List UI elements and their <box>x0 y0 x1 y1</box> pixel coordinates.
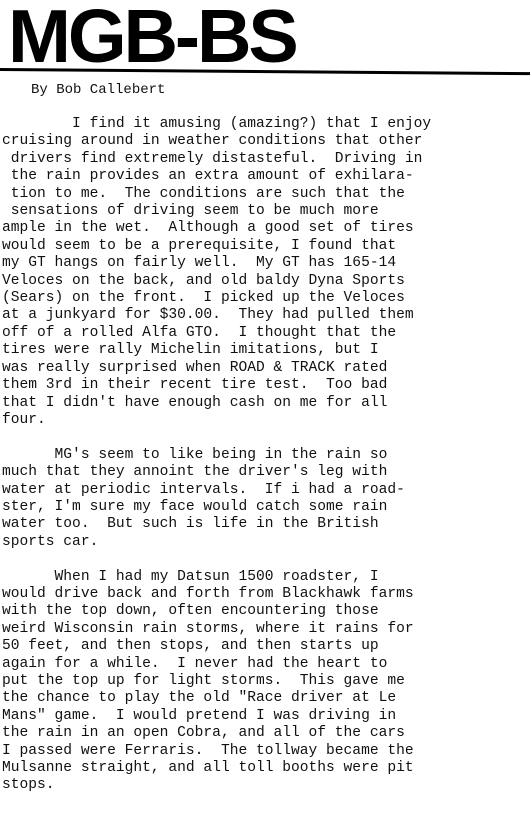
paragraph-3: When I had my Datsun 1500 roadster, Iwou… <box>2 569 530 795</box>
text-line: tion to me. The conditions are such that… <box>2 186 530 203</box>
text-line: the rain provides an extra amount of exh… <box>2 168 530 185</box>
text-line: weird Wisconsin rain storms, where it ra… <box>2 621 530 638</box>
text-line: again for a while. I never had the heart… <box>2 656 530 673</box>
text-line: 50 feet, and then stops, and then starts… <box>2 638 530 655</box>
text-line: my GT hangs on fairly well. My GT has 16… <box>2 255 530 272</box>
byline: By Bob Callebert <box>31 82 165 98</box>
text-line: the rain in an open Cobra, and all of th… <box>2 725 530 742</box>
text-line: at a junkyard for $30.00. They had pulle… <box>2 307 530 324</box>
text-line: water too. But such is life in the Briti… <box>2 516 530 533</box>
paragraph-1: I find it amusing (amazing?) that I enjo… <box>2 116 530 429</box>
text-line: Mulsanne straight, and all toll booths w… <box>2 760 530 777</box>
text-line: would drive back and forth from Blackhaw… <box>2 586 530 603</box>
text-line: When I had my Datsun 1500 roadster, I <box>2 569 530 586</box>
article-body: I find it amusing (amazing?) that I enjo… <box>2 116 530 812</box>
masthead-title: MGB-BS <box>8 2 296 71</box>
text-line: ample in the wet. Although a good set of… <box>2 220 530 237</box>
text-line: Mans" game. I would pretend I was drivin… <box>2 708 530 725</box>
text-line: sports car. <box>2 534 530 551</box>
text-line: cruising around in weather conditions th… <box>2 133 530 150</box>
text-line: tires were rally Michelin imitations, bu… <box>2 342 530 359</box>
text-line: would seem to be a prerequisite, I found… <box>2 238 530 255</box>
text-line: drivers find extremely distasteful. Driv… <box>2 151 530 168</box>
text-line: (Sears) on the front. I picked up the Ve… <box>2 290 530 307</box>
text-line: sensations of driving seem to be much mo… <box>2 203 530 220</box>
text-line: off of a rolled Alfa GTO. I thought that… <box>2 325 530 342</box>
text-line: MG's seem to like being in the rain so <box>2 447 530 464</box>
text-line: put the top up for light storms. This ga… <box>2 673 530 690</box>
paragraph-2: MG's seem to like being in the rain somu… <box>2 447 530 551</box>
text-line: that I didn't have enough cash on me for… <box>2 395 530 412</box>
text-line: ster, I'm sure my face would catch some … <box>2 499 530 516</box>
text-line: the chance to play the old "Race driver … <box>2 690 530 707</box>
text-line: I passed were Ferraris. The tollway beca… <box>2 743 530 760</box>
text-line: stops. <box>2 777 530 794</box>
text-line: Veloces on the back, and old baldy Dyna … <box>2 273 530 290</box>
document-page: MGB-BS By Bob Callebert I find it amusin… <box>0 0 530 835</box>
text-line: four. <box>2 412 530 429</box>
text-line: I find it amusing (amazing?) that I enjo… <box>2 116 530 133</box>
masthead: MGB-BS <box>8 2 282 68</box>
text-line: much that they annoint the driver's leg … <box>2 464 530 481</box>
text-line: with the top down, often encountering th… <box>2 603 530 620</box>
text-line: was really surprised when ROAD & TRACK r… <box>2 360 530 377</box>
text-line: them 3rd in their recent tire test. Too … <box>2 377 530 394</box>
text-line: water at periodic intervals. If i had a … <box>2 482 530 499</box>
